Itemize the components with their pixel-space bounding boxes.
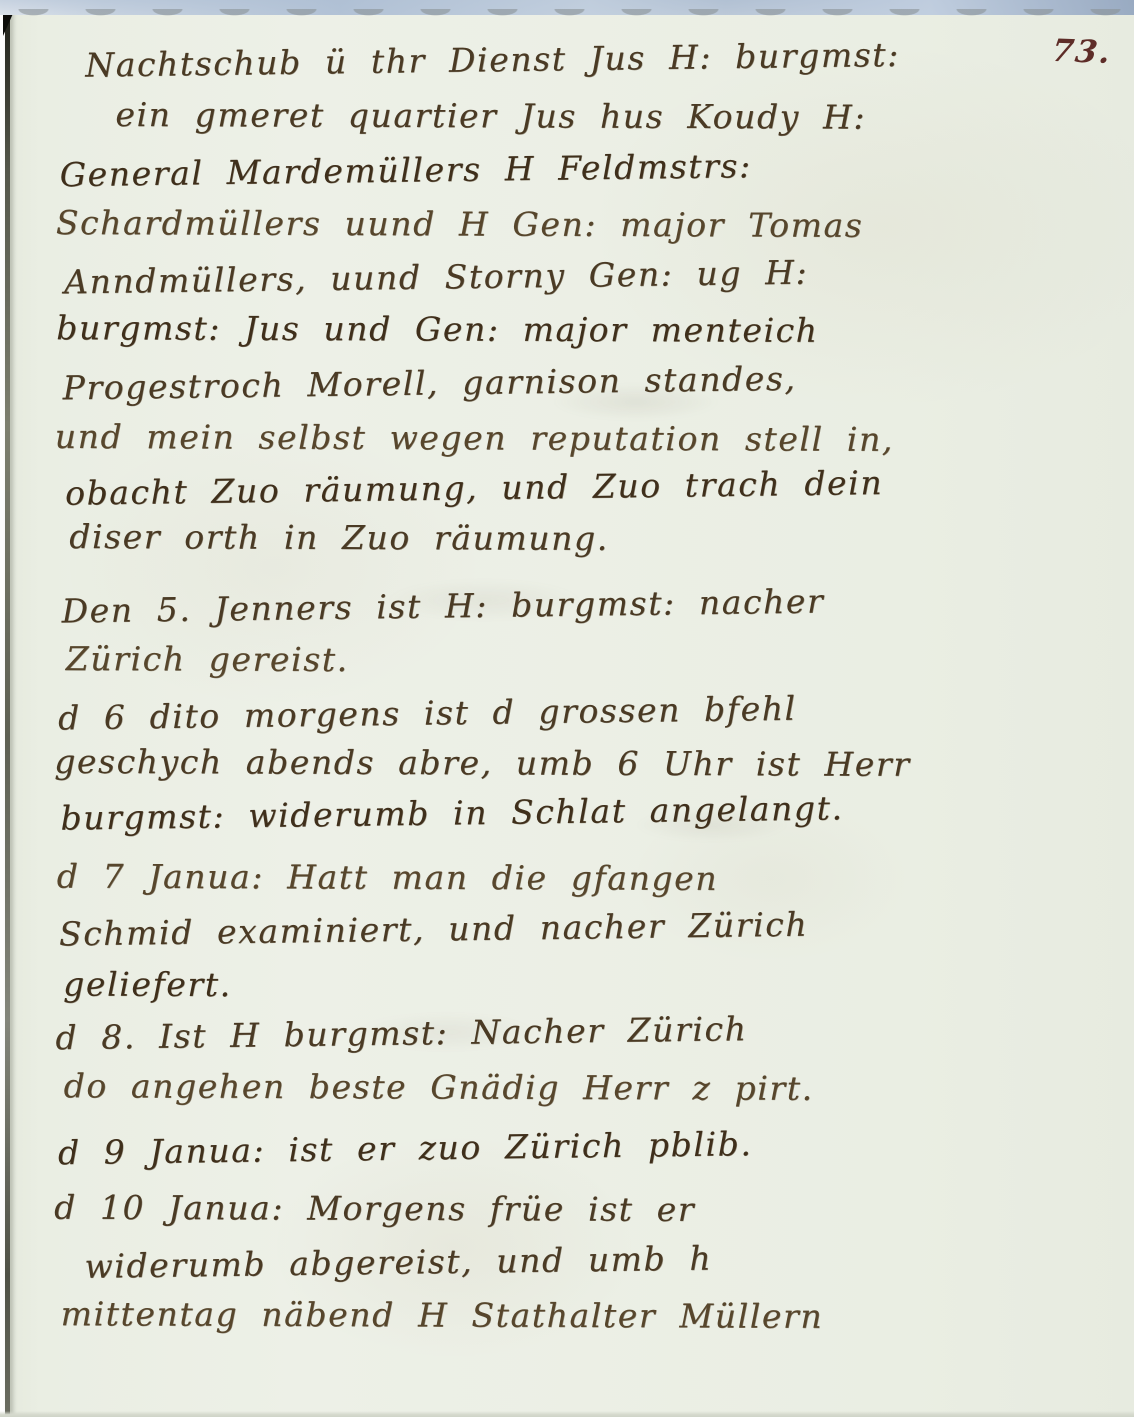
manuscript-line: Progestroch Morell, garnison standes,: [62, 359, 796, 408]
manuscript-line: obacht Zuo räumung, und Zuo trach dein: [65, 463, 884, 513]
manuscript-text-block: Nachtschub ü thr Dienst Jus H: burgmst: …: [0, 0, 1134, 1417]
manuscript-line: d 8. Ist H burgmst: Nacher Zürich: [55, 1009, 748, 1057]
manuscript-scan: 73. Nachtschub ü thr Dienst Jus H: burgm…: [0, 0, 1134, 1417]
manuscript-line: d 9 Janua: ist er zuo Zürich pblib.: [58, 1124, 753, 1172]
manuscript-line: diser orth in Zuo räumung.: [69, 517, 609, 558]
manuscript-line: d 7 Janua: Hatt man die gfangen: [57, 857, 719, 898]
manuscript-line: ein gmeret quartier Jus hus Koudy H:: [115, 95, 866, 137]
manuscript-line: Schmid examiniert, und nacher Zürich: [59, 905, 809, 954]
manuscript-line: General Mardemüllers H Feldmstrs:: [59, 146, 752, 194]
manuscript-line: geliefert.: [63, 965, 232, 1005]
manuscript-line: Anndmüllers, uund Storny Gen: ug H:: [64, 253, 809, 302]
manuscript-line: Schardmüllers uund H Gen: major Tomas: [56, 203, 864, 245]
scanner-bottom-strip: [0, 1411, 1134, 1417]
manuscript-line: Den 5. Jenners ist H: burgmst: nacher: [61, 582, 824, 631]
manuscript-line: d 10 Janua: Morgens früe ist er: [54, 1188, 695, 1229]
manuscript-line: geschych abends abre, umb 6 Uhr ist Herr: [54, 742, 911, 784]
manuscript-line: do angehen beste Gnädig Herr z pirt.: [64, 1066, 814, 1108]
manuscript-line: Zürich gereist.: [66, 639, 349, 679]
manuscript-line: burgmst: widerumb in Schlat angelangt.: [60, 788, 844, 837]
manuscript-line: mittentag näbend H Stathalter Müllern: [61, 1294, 824, 1336]
manuscript-line: burgmst: Jus und Gen: major menteich: [56, 308, 818, 350]
manuscript-line: widerumb abgereist, und umb h: [84, 1239, 712, 1286]
manuscript-line: und mein selbst wegen reputation stell i…: [55, 417, 894, 459]
manuscript-line: d 6 dito morgens ist d grossen bfehl: [58, 689, 797, 738]
manuscript-line: Nachtschub ü thr Dienst Jus H: burgmst:: [85, 35, 900, 85]
